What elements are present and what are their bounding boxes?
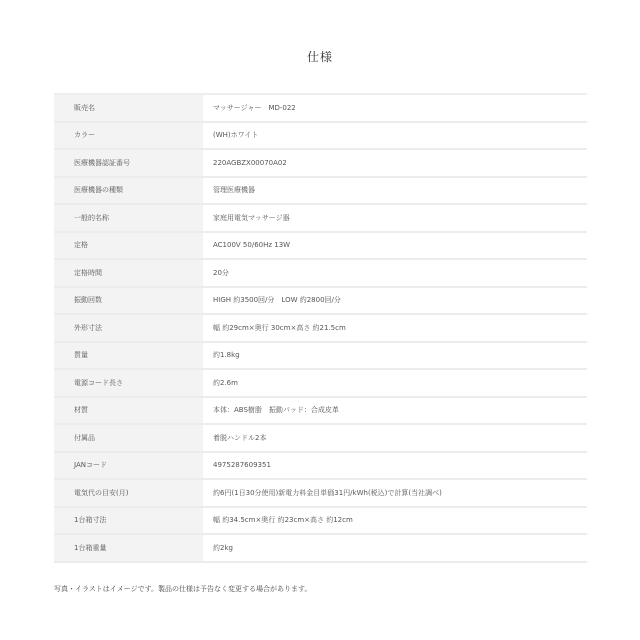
table-row: 定格時間20分	[54, 259, 587, 287]
table-row: 質量約1.8kg	[54, 342, 587, 370]
spec-label: 定格	[54, 232, 203, 260]
table-row: 材質本体：ABS樹脂 振動パッド：合成皮革	[54, 397, 587, 425]
table-row: 振動回数HIGH 約3500回/分 LOW 約2800回/分	[54, 287, 587, 315]
table-row: 付属品着脱ハンドル2本	[54, 424, 587, 452]
table-row: カラー(WH)ホワイト	[54, 122, 587, 150]
table-row: 外形寸法幅 約29cm×奥行 30cm×高さ 約21.5cm	[54, 314, 587, 342]
spec-label: 医療機器の種類	[54, 177, 203, 205]
spec-label: 一般的名称	[54, 204, 203, 232]
table-row: 販売名マッサージャー MD-022	[54, 94, 587, 122]
spec-label: 医療機器認証番号	[54, 149, 203, 177]
spec-label: 電源コード長さ	[54, 369, 203, 397]
table-row: 医療機器認証番号220AGBZX00070A02	[54, 149, 587, 177]
table-row: 電気代の目安(月)約6円(1日30分使用)新電力料金目単価31円/kWh(税込)…	[54, 479, 587, 507]
spec-label: カラー	[54, 122, 203, 150]
spec-page: 仕様 販売名マッサージャー MD-022 カラー(WH)ホワイト 医療機器認証番…	[0, 0, 640, 640]
table-row: 1台箱寸法幅 約34.5cm×奥行 約23cm×高さ 約12cm	[54, 507, 587, 535]
spec-label: 定格時間	[54, 259, 203, 287]
spec-value: 家庭用電気マッサージ器	[203, 204, 587, 232]
spec-label: 外形寸法	[54, 314, 203, 342]
page-title: 仕様	[0, 48, 640, 65]
disclaimer-note: 写真・イラストはイメージです。製品の仕様は予告なく変更する場合があります。	[54, 584, 311, 594]
spec-label: 販売名	[54, 94, 203, 122]
spec-label: 付属品	[54, 424, 203, 452]
spec-value: 約6円(1日30分使用)新電力料金目単価31円/kWh(税込)で計算(当社調べ)	[203, 479, 587, 507]
spec-value: 本体：ABS樹脂 振動パッド：合成皮革	[203, 397, 587, 425]
table-row: 医療機器の種類管理医療機器	[54, 177, 587, 205]
table-row: 1台箱重量約2kg	[54, 534, 587, 562]
spec-label: 1台箱寸法	[54, 507, 203, 535]
spec-table: 販売名マッサージャー MD-022 カラー(WH)ホワイト 医療機器認証番号22…	[54, 93, 587, 563]
table-row: 定格AC100V 50/60Hz 13W	[54, 232, 587, 260]
spec-value: 幅 約34.5cm×奥行 約23cm×高さ 約12cm	[203, 507, 587, 535]
spec-value: マッサージャー MD-022	[203, 94, 587, 122]
table-row: 一般的名称家庭用電気マッサージ器	[54, 204, 587, 232]
spec-value: 4975287609351	[203, 452, 587, 480]
spec-label: 1台箱重量	[54, 534, 203, 562]
spec-value: (WH)ホワイト	[203, 122, 587, 150]
spec-label: 振動回数	[54, 287, 203, 315]
spec-value: AC100V 50/60Hz 13W	[203, 232, 587, 260]
spec-label: 質量	[54, 342, 203, 370]
spec-value: 約2.6m	[203, 369, 587, 397]
spec-value: 220AGBZX00070A02	[203, 149, 587, 177]
table-row: JANコード4975287609351	[54, 452, 587, 480]
table-row: 電源コード長さ約2.6m	[54, 369, 587, 397]
spec-value: 着脱ハンドル2本	[203, 424, 587, 452]
spec-label: 電気代の目安(月)	[54, 479, 203, 507]
spec-value: 約1.8kg	[203, 342, 587, 370]
spec-value: 管理医療機器	[203, 177, 587, 205]
spec-label: 材質	[54, 397, 203, 425]
spec-label: JANコード	[54, 452, 203, 480]
spec-value: 幅 約29cm×奥行 30cm×高さ 約21.5cm	[203, 314, 587, 342]
spec-value: HIGH 約3500回/分 LOW 約2800回/分	[203, 287, 587, 315]
spec-value: 20分	[203, 259, 587, 287]
spec-value: 約2kg	[203, 534, 587, 562]
